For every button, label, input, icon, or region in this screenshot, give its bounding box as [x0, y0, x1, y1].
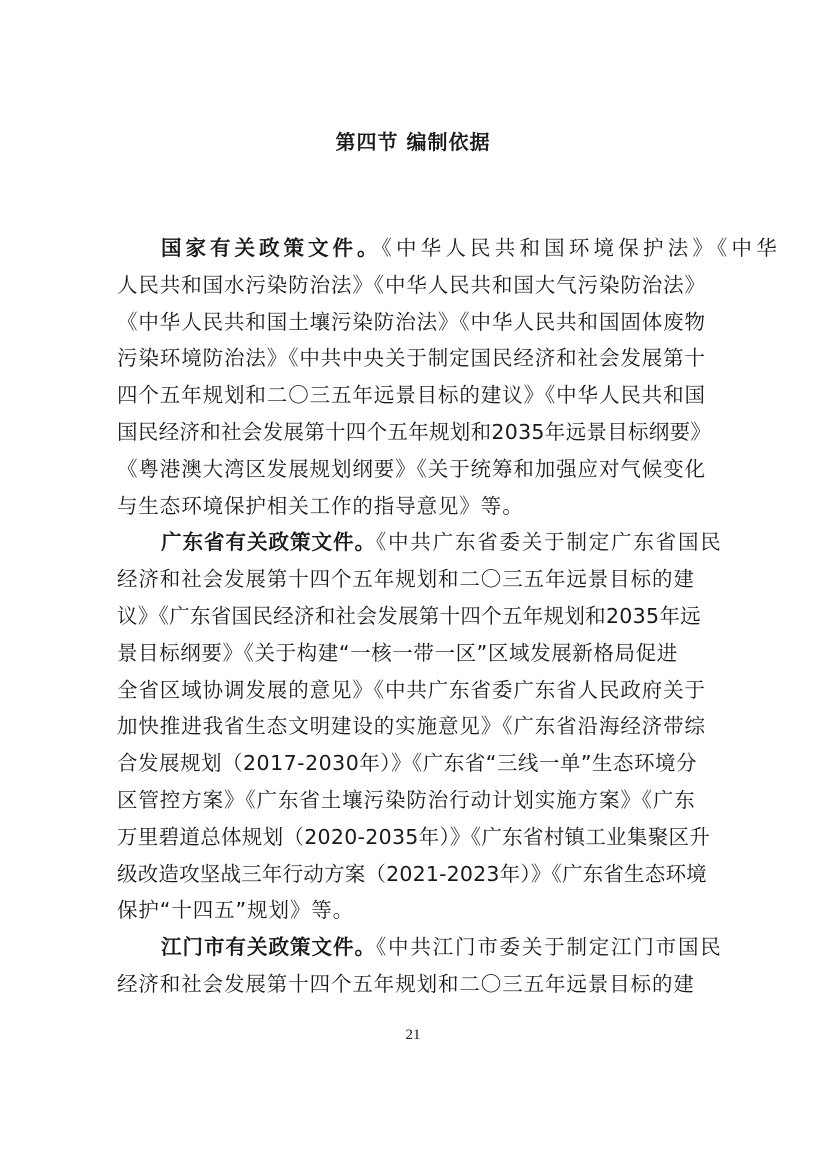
paragraph-line: 区管控方案》《广东省土壤污染防治行动计划实施方案》《广东 [117, 782, 717, 819]
paragraph-lead-guangdong: 广东省有关政策文件。 [161, 530, 376, 554]
paragraph-line: 景目标纲要》《关于构建“一核一带一区”区域发展新格局促进 [117, 635, 717, 672]
paragraph-line: 经济和社会发展第十四个五年规划和二〇三五年远景目标的建 [117, 966, 717, 1003]
paragraph-line: 污染环境防治法》《中共中央关于制定国民经济和社会发展第十 [117, 340, 717, 377]
paragraph-line: 四个五年规划和二〇三五年远景目标的建议》《中华人民共和国 [117, 377, 717, 414]
paragraph-line: 加快推进我省生态文明建设的实施意见》《广东省沿海经济带综 [117, 708, 717, 745]
paragraph-line: 合发展规划（2017-2030年）》《广东省“三线一单”生态环境分 [117, 745, 717, 782]
section-title: 第四节 编制依据 [0, 126, 826, 155]
paragraph-line: 经济和社会发展第十四个五年规划和二〇三五年远景目标的建 [117, 561, 717, 598]
paragraph-line: 全省区域协调发展的意见》《中共广东省委广东省人民政府关于 [117, 672, 717, 709]
paragraph-lead-national: 国家有关政策文件。 [161, 236, 382, 260]
paragraph-guangdong-line-1: 广东省有关政策文件。《中共广东省委关于制定广东省国民 [117, 524, 717, 561]
paragraph-line: 与生态环境保护相关工作的指导意见》等。 [117, 488, 717, 525]
page-number: 21 [0, 1027, 826, 1044]
paragraph-jiangmen-line-1: 江门市有关政策文件。《中共江门市委关于制定江门市国民 [117, 929, 717, 966]
paragraph-line: 级改造攻坚战三年行动方案（2021-2023年）》《广东省生态环境 [117, 856, 717, 893]
paragraph-line: 《中华人民共和国土壤污染防治法》《中华人民共和国固体废物 [117, 304, 717, 341]
paragraph-line: 保护“十四五”规划》等。 [117, 892, 717, 929]
document-body: 国家有关政策文件。《中华人民共和国环境保护法》《中华 人民共和国水污染防治法》《… [117, 230, 717, 1003]
paragraph-line: 国民经济和社会发展第十四个五年规划和2035年远景目标纲要》 [117, 414, 717, 451]
paragraph-line: 万里碧道总体规划（2020-2035年）》《广东省村镇工业集聚区升 [117, 819, 717, 856]
paragraph-national-line-1: 国家有关政策文件。《中华人民共和国环境保护法》《中华 [117, 230, 717, 267]
paragraph-line: 《粤港澳大湾区发展规划纲要》《关于统筹和加强应对气候变化 [117, 451, 717, 488]
paragraph-line: 议》《广东省国民经济和社会发展第十四个五年规划和2035年远 [117, 598, 717, 635]
paragraph-line: 人民共和国水污染防治法》《中华人民共和国大气污染防治法》 [117, 267, 717, 304]
paragraph-lead-jiangmen: 江门市有关政策文件。 [161, 935, 376, 959]
